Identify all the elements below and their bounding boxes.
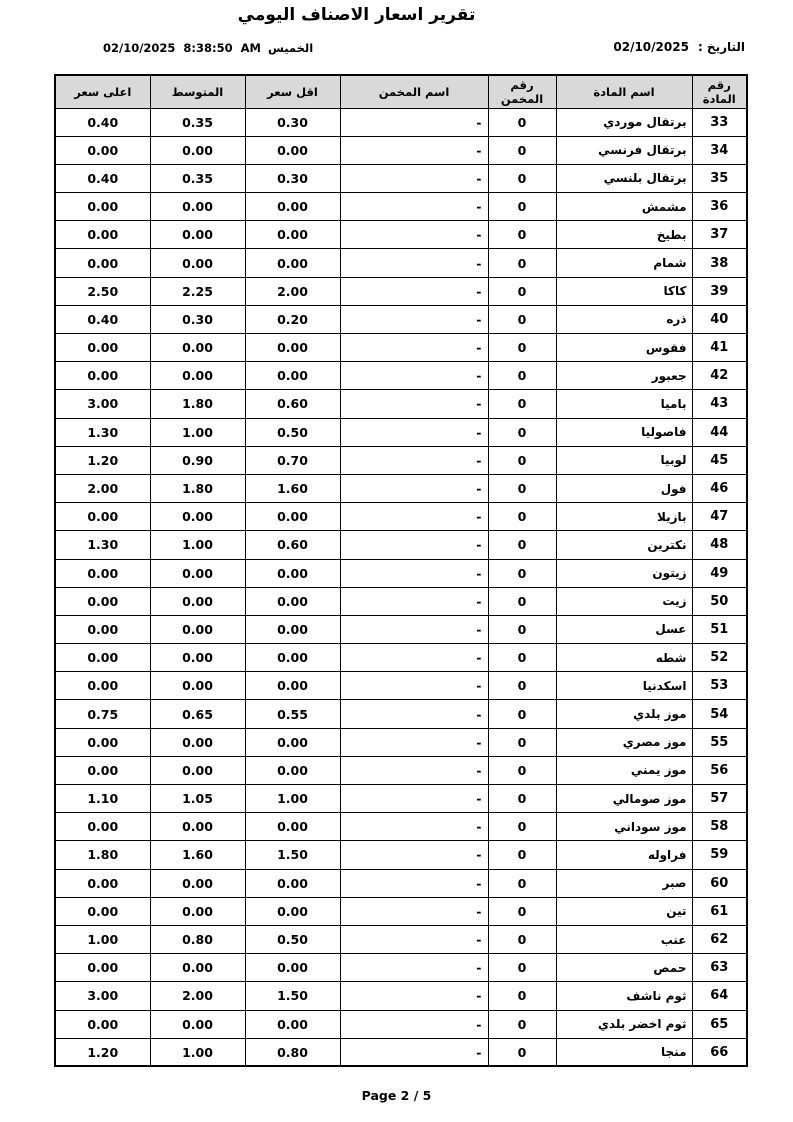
item-name-cell: ثوم ناشف bbox=[556, 982, 692, 1010]
page-number: Page 2 / 5 bbox=[0, 1088, 793, 1103]
min-price-cell: 0.00 bbox=[245, 249, 340, 277]
item-no-cell: 51 bbox=[692, 615, 747, 643]
avg-price-cell: 0.00 bbox=[150, 136, 245, 164]
item-no-cell: 64 bbox=[692, 982, 747, 1010]
max-price-cell: 0.00 bbox=[55, 193, 150, 221]
table-row: 37بطيخ0-0.000.000.00 bbox=[55, 221, 747, 249]
assessor-no-cell: 0 bbox=[488, 474, 556, 502]
min-price-cell: 2.00 bbox=[245, 277, 340, 305]
max-price-cell: 0.40 bbox=[55, 305, 150, 333]
min-price-cell: 0.00 bbox=[245, 1010, 340, 1038]
max-price-cell: 1.20 bbox=[55, 1038, 150, 1066]
max-price-cell: 2.50 bbox=[55, 277, 150, 305]
assessor-no-cell: 0 bbox=[488, 108, 556, 136]
report-date-value: 02/10/2025 bbox=[613, 40, 689, 54]
max-price-cell: 0.40 bbox=[55, 164, 150, 192]
item-name-cell: ذره bbox=[556, 305, 692, 333]
max-price-cell: 3.00 bbox=[55, 390, 150, 418]
table-row: 34برتقال فرنسي0-0.000.000.00 bbox=[55, 136, 747, 164]
item-no-cell: 34 bbox=[692, 136, 747, 164]
assessor-name-cell: - bbox=[340, 869, 488, 897]
min-price-cell: 0.50 bbox=[245, 418, 340, 446]
item-no-cell: 35 bbox=[692, 164, 747, 192]
assessor-no-cell: 0 bbox=[488, 785, 556, 813]
max-price-cell: 0.00 bbox=[55, 1010, 150, 1038]
table-row: 45لوبيا0-0.700.901.20 bbox=[55, 446, 747, 474]
min-price-cell: 0.00 bbox=[245, 503, 340, 531]
table-row: 61تين0-0.000.000.00 bbox=[55, 897, 747, 925]
assessor-no-cell: 0 bbox=[488, 756, 556, 784]
min-price-cell: 0.30 bbox=[245, 164, 340, 192]
header-assessor-no: رقم المخمن bbox=[488, 75, 556, 108]
table-row: 63حمص0-0.000.000.00 bbox=[55, 954, 747, 982]
avg-price-cell: 1.60 bbox=[150, 841, 245, 869]
item-no-cell: 50 bbox=[692, 587, 747, 615]
header-item-name: اسم المادة bbox=[556, 75, 692, 108]
max-price-cell: 1.30 bbox=[55, 418, 150, 446]
max-price-cell: 1.00 bbox=[55, 925, 150, 953]
avg-price-cell: 0.00 bbox=[150, 728, 245, 756]
table-header-row: رقم المادة اسم المادة رقم المخمن اسم الم… bbox=[55, 75, 747, 108]
item-name-cell: شمام bbox=[556, 249, 692, 277]
assessor-no-cell: 0 bbox=[488, 362, 556, 390]
price-table-body: 33برتقال موردي0-0.300.350.4034برتقال فرن… bbox=[55, 108, 747, 1066]
item-no-cell: 66 bbox=[692, 1038, 747, 1066]
item-name-cell: جعبور bbox=[556, 362, 692, 390]
item-no-cell: 43 bbox=[692, 390, 747, 418]
item-name-cell: زيتون bbox=[556, 559, 692, 587]
item-no-cell: 47 bbox=[692, 503, 747, 531]
item-name-cell: برتقال موردي bbox=[556, 108, 692, 136]
item-no-cell: 41 bbox=[692, 334, 747, 362]
max-price-cell: 0.00 bbox=[55, 221, 150, 249]
max-price-cell: 1.80 bbox=[55, 841, 150, 869]
assessor-no-cell: 0 bbox=[488, 334, 556, 362]
avg-price-cell: 0.35 bbox=[150, 164, 245, 192]
assessor-name-cell: - bbox=[340, 221, 488, 249]
item-name-cell: موز يمني bbox=[556, 756, 692, 784]
table-row: 65ثوم اخضر بلدي0-0.000.000.00 bbox=[55, 1010, 747, 1038]
item-name-cell: فول bbox=[556, 474, 692, 502]
avg-price-cell: 0.80 bbox=[150, 925, 245, 953]
report-date-label: التاريخ : bbox=[698, 40, 745, 54]
avg-price-cell: 0.00 bbox=[150, 672, 245, 700]
assessor-no-cell: 0 bbox=[488, 418, 556, 446]
item-name-cell: صبر bbox=[556, 869, 692, 897]
assessor-no-cell: 0 bbox=[488, 446, 556, 474]
avg-price-cell: 0.00 bbox=[150, 644, 245, 672]
avg-price-cell: 0.00 bbox=[150, 756, 245, 784]
avg-price-cell: 0.00 bbox=[150, 897, 245, 925]
assessor-no-cell: 0 bbox=[488, 1038, 556, 1066]
assessor-name-cell: - bbox=[340, 925, 488, 953]
header-max-price: اعلى سعر bbox=[55, 75, 150, 108]
avg-price-cell: 1.05 bbox=[150, 785, 245, 813]
assessor-name-cell: - bbox=[340, 587, 488, 615]
assessor-name-cell: - bbox=[340, 136, 488, 164]
min-price-cell: 0.80 bbox=[245, 1038, 340, 1066]
item-no-cell: 54 bbox=[692, 700, 747, 728]
item-no-cell: 61 bbox=[692, 897, 747, 925]
avg-price-cell: 0.00 bbox=[150, 559, 245, 587]
min-price-cell: 0.55 bbox=[245, 700, 340, 728]
assessor-no-cell: 0 bbox=[488, 925, 556, 953]
assessor-no-cell: 0 bbox=[488, 869, 556, 897]
min-price-cell: 0.00 bbox=[245, 559, 340, 587]
item-name-cell: كاكا bbox=[556, 277, 692, 305]
table-row: 39كاكا0-2.002.252.50 bbox=[55, 277, 747, 305]
report-date: التاريخ : 02/10/2025 bbox=[613, 40, 745, 54]
assessor-name-cell: - bbox=[340, 700, 488, 728]
avg-price-cell: 2.00 bbox=[150, 982, 245, 1010]
min-price-cell: 0.00 bbox=[245, 136, 340, 164]
item-no-cell: 59 bbox=[692, 841, 747, 869]
min-price-cell: 0.50 bbox=[245, 925, 340, 953]
min-price-cell: 0.00 bbox=[245, 193, 340, 221]
min-price-cell: 0.00 bbox=[245, 869, 340, 897]
table-row: 40ذره0-0.200.300.40 bbox=[55, 305, 747, 333]
assessor-name-cell: - bbox=[340, 672, 488, 700]
assessor-name-cell: - bbox=[340, 982, 488, 1010]
item-no-cell: 49 bbox=[692, 559, 747, 587]
item-no-cell: 55 bbox=[692, 728, 747, 756]
item-name-cell: موز مصري bbox=[556, 728, 692, 756]
min-price-cell: 1.60 bbox=[245, 474, 340, 502]
item-name-cell: حمص bbox=[556, 954, 692, 982]
assessor-no-cell: 0 bbox=[488, 897, 556, 925]
item-name-cell: موز صومالي bbox=[556, 785, 692, 813]
assessor-no-cell: 0 bbox=[488, 390, 556, 418]
min-price-cell: 1.00 bbox=[245, 785, 340, 813]
avg-price-cell: 0.30 bbox=[150, 305, 245, 333]
max-price-cell: 0.00 bbox=[55, 672, 150, 700]
table-row: 59فراوله0-1.501.601.80 bbox=[55, 841, 747, 869]
avg-price-cell: 0.00 bbox=[150, 249, 245, 277]
avg-price-cell: 0.00 bbox=[150, 503, 245, 531]
print-datetime-value: 02/10/2025 8:38:50 AM bbox=[103, 41, 261, 55]
table-row: 55موز مصري0-0.000.000.00 bbox=[55, 728, 747, 756]
min-price-cell: 0.00 bbox=[245, 362, 340, 390]
assessor-no-cell: 0 bbox=[488, 587, 556, 615]
table-row: 42جعبور0-0.000.000.00 bbox=[55, 362, 747, 390]
header-item-no: رقم المادة bbox=[692, 75, 747, 108]
item-name-cell: تين bbox=[556, 897, 692, 925]
assessor-no-cell: 0 bbox=[488, 531, 556, 559]
assessor-name-cell: - bbox=[340, 164, 488, 192]
item-no-cell: 57 bbox=[692, 785, 747, 813]
table-row: 35برتقال بلنسي0-0.300.350.40 bbox=[55, 164, 747, 192]
table-row: 43باميا0-0.601.803.00 bbox=[55, 390, 747, 418]
table-row: 52شطه0-0.000.000.00 bbox=[55, 644, 747, 672]
avg-price-cell: 0.00 bbox=[150, 221, 245, 249]
assessor-no-cell: 0 bbox=[488, 277, 556, 305]
assessor-name-cell: - bbox=[340, 615, 488, 643]
assessor-no-cell: 0 bbox=[488, 193, 556, 221]
item-no-cell: 45 bbox=[692, 446, 747, 474]
assessor-name-cell: - bbox=[340, 277, 488, 305]
max-price-cell: 0.00 bbox=[55, 587, 150, 615]
min-price-cell: 0.00 bbox=[245, 587, 340, 615]
assessor-no-cell: 0 bbox=[488, 221, 556, 249]
max-price-cell: 0.75 bbox=[55, 700, 150, 728]
assessor-name-cell: - bbox=[340, 728, 488, 756]
max-price-cell: 0.40 bbox=[55, 108, 150, 136]
header-avg-price: المتوسط bbox=[150, 75, 245, 108]
assessor-name-cell: - bbox=[340, 1038, 488, 1066]
max-price-cell: 0.00 bbox=[55, 615, 150, 643]
table-row: 57موز صومالي0-1.001.051.10 bbox=[55, 785, 747, 813]
avg-price-cell: 0.35 bbox=[150, 108, 245, 136]
assessor-name-cell: - bbox=[340, 954, 488, 982]
max-price-cell: 0.00 bbox=[55, 756, 150, 784]
avg-price-cell: 1.00 bbox=[150, 418, 245, 446]
item-name-cell: فقوس bbox=[556, 334, 692, 362]
item-no-cell: 44 bbox=[692, 418, 747, 446]
max-price-cell: 0.00 bbox=[55, 503, 150, 531]
table-row: 56موز يمني0-0.000.000.00 bbox=[55, 756, 747, 784]
avg-price-cell: 1.00 bbox=[150, 531, 245, 559]
item-no-cell: 42 bbox=[692, 362, 747, 390]
item-name-cell: عسل bbox=[556, 615, 692, 643]
item-no-cell: 58 bbox=[692, 813, 747, 841]
item-name-cell: مشمش bbox=[556, 193, 692, 221]
daily-prices-table: رقم المادة اسم المادة رقم المخمن اسم الم… bbox=[54, 74, 748, 1067]
table-row: 33برتقال موردي0-0.300.350.40 bbox=[55, 108, 747, 136]
item-name-cell: لوبيا bbox=[556, 446, 692, 474]
item-name-cell: فراوله bbox=[556, 841, 692, 869]
assessor-name-cell: - bbox=[340, 897, 488, 925]
item-no-cell: 62 bbox=[692, 925, 747, 953]
min-price-cell: 0.70 bbox=[245, 446, 340, 474]
item-name-cell: بازيلا bbox=[556, 503, 692, 531]
assessor-name-cell: - bbox=[340, 531, 488, 559]
item-name-cell: زيت bbox=[556, 587, 692, 615]
page-title: تقرير اسعار الاصناف اليومي bbox=[0, 5, 713, 25]
assessor-no-cell: 0 bbox=[488, 841, 556, 869]
print-datetime: 02/10/2025 8:38:50 AM الخميس bbox=[103, 41, 313, 55]
assessor-name-cell: - bbox=[340, 334, 488, 362]
assessor-name-cell: - bbox=[340, 1010, 488, 1038]
min-price-cell: 0.00 bbox=[245, 672, 340, 700]
assessor-name-cell: - bbox=[340, 785, 488, 813]
item-no-cell: 56 bbox=[692, 756, 747, 784]
max-price-cell: 0.00 bbox=[55, 334, 150, 362]
max-price-cell: 2.00 bbox=[55, 474, 150, 502]
min-price-cell: 0.00 bbox=[245, 221, 340, 249]
max-price-cell: 0.00 bbox=[55, 897, 150, 925]
assessor-name-cell: - bbox=[340, 474, 488, 502]
max-price-cell: 1.10 bbox=[55, 785, 150, 813]
assessor-name-cell: - bbox=[340, 305, 488, 333]
item-no-cell: 48 bbox=[692, 531, 747, 559]
assessor-no-cell: 0 bbox=[488, 164, 556, 192]
min-price-cell: 0.60 bbox=[245, 531, 340, 559]
assessor-no-cell: 0 bbox=[488, 305, 556, 333]
max-price-cell: 0.00 bbox=[55, 869, 150, 897]
assessor-no-cell: 0 bbox=[488, 982, 556, 1010]
table-row: 66منجا0-0.801.001.20 bbox=[55, 1038, 747, 1066]
avg-price-cell: 0.00 bbox=[150, 954, 245, 982]
max-price-cell: 3.00 bbox=[55, 982, 150, 1010]
assessor-name-cell: - bbox=[340, 390, 488, 418]
table-row: 54موز بلدي0-0.550.650.75 bbox=[55, 700, 747, 728]
print-day: الخميس bbox=[268, 41, 313, 55]
table-row: 53اسكدنيا0-0.000.000.00 bbox=[55, 672, 747, 700]
min-price-cell: 0.60 bbox=[245, 390, 340, 418]
max-price-cell: 0.00 bbox=[55, 559, 150, 587]
min-price-cell: 0.00 bbox=[245, 728, 340, 756]
max-price-cell: 1.30 bbox=[55, 531, 150, 559]
item-name-cell: منجا bbox=[556, 1038, 692, 1066]
item-name-cell: بطيخ bbox=[556, 221, 692, 249]
assessor-name-cell: - bbox=[340, 108, 488, 136]
assessor-no-cell: 0 bbox=[488, 672, 556, 700]
max-price-cell: 0.00 bbox=[55, 644, 150, 672]
max-price-cell: 0.00 bbox=[55, 813, 150, 841]
avg-price-cell: 0.00 bbox=[150, 362, 245, 390]
item-no-cell: 46 bbox=[692, 474, 747, 502]
avg-price-cell: 0.00 bbox=[150, 813, 245, 841]
table-row: 46فول0-1.601.802.00 bbox=[55, 474, 747, 502]
min-price-cell: 1.50 bbox=[245, 841, 340, 869]
assessor-name-cell: - bbox=[340, 362, 488, 390]
table-row: 51عسل0-0.000.000.00 bbox=[55, 615, 747, 643]
assessor-no-cell: 0 bbox=[488, 559, 556, 587]
max-price-cell: 0.00 bbox=[55, 362, 150, 390]
item-name-cell: ثوم اخضر بلدي bbox=[556, 1010, 692, 1038]
min-price-cell: 0.00 bbox=[245, 813, 340, 841]
assessor-no-cell: 0 bbox=[488, 249, 556, 277]
item-no-cell: 36 bbox=[692, 193, 747, 221]
min-price-cell: 0.30 bbox=[245, 108, 340, 136]
assessor-name-cell: - bbox=[340, 756, 488, 784]
table-row: 47بازيلا0-0.000.000.00 bbox=[55, 503, 747, 531]
item-name-cell: باميا bbox=[556, 390, 692, 418]
assessor-name-cell: - bbox=[340, 418, 488, 446]
avg-price-cell: 2.25 bbox=[150, 277, 245, 305]
avg-price-cell: 1.80 bbox=[150, 390, 245, 418]
table-row: 38شمام0-0.000.000.00 bbox=[55, 249, 747, 277]
avg-price-cell: 0.00 bbox=[150, 1010, 245, 1038]
table-row: 60صبر0-0.000.000.00 bbox=[55, 869, 747, 897]
table-row: 49زيتون0-0.000.000.00 bbox=[55, 559, 747, 587]
avg-price-cell: 0.90 bbox=[150, 446, 245, 474]
assessor-no-cell: 0 bbox=[488, 644, 556, 672]
item-no-cell: 38 bbox=[692, 249, 747, 277]
item-no-cell: 63 bbox=[692, 954, 747, 982]
min-price-cell: 1.50 bbox=[245, 982, 340, 1010]
assessor-name-cell: - bbox=[340, 446, 488, 474]
min-price-cell: 0.20 bbox=[245, 305, 340, 333]
assessor-name-cell: - bbox=[340, 559, 488, 587]
item-name-cell: شطه bbox=[556, 644, 692, 672]
avg-price-cell: 0.00 bbox=[150, 615, 245, 643]
item-no-cell: 53 bbox=[692, 672, 747, 700]
avg-price-cell: 1.80 bbox=[150, 474, 245, 502]
item-name-cell: نكترين bbox=[556, 531, 692, 559]
item-no-cell: 65 bbox=[692, 1010, 747, 1038]
item-name-cell: اسكدنيا bbox=[556, 672, 692, 700]
table-row: 64ثوم ناشف0-1.502.003.00 bbox=[55, 982, 747, 1010]
avg-price-cell: 1.00 bbox=[150, 1038, 245, 1066]
assessor-name-cell: - bbox=[340, 841, 488, 869]
min-price-cell: 0.00 bbox=[245, 615, 340, 643]
avg-price-cell: 0.65 bbox=[150, 700, 245, 728]
table-row: 62عنب0-0.500.801.00 bbox=[55, 925, 747, 953]
min-price-cell: 0.00 bbox=[245, 334, 340, 362]
table-row: 50زيت0-0.000.000.00 bbox=[55, 587, 747, 615]
assessor-no-cell: 0 bbox=[488, 1010, 556, 1038]
min-price-cell: 0.00 bbox=[245, 897, 340, 925]
min-price-cell: 0.00 bbox=[245, 954, 340, 982]
item-no-cell: 33 bbox=[692, 108, 747, 136]
max-price-cell: 0.00 bbox=[55, 728, 150, 756]
assessor-no-cell: 0 bbox=[488, 503, 556, 531]
header-assessor-name: اسم المخمن bbox=[340, 75, 488, 108]
header-min-price: اقل سعر bbox=[245, 75, 340, 108]
assessor-no-cell: 0 bbox=[488, 615, 556, 643]
assessor-name-cell: - bbox=[340, 193, 488, 221]
item-no-cell: 39 bbox=[692, 277, 747, 305]
avg-price-cell: 0.00 bbox=[150, 334, 245, 362]
assessor-no-cell: 0 bbox=[488, 700, 556, 728]
assessor-name-cell: - bbox=[340, 249, 488, 277]
avg-price-cell: 0.00 bbox=[150, 193, 245, 221]
max-price-cell: 1.20 bbox=[55, 446, 150, 474]
item-name-cell: موز بلدي bbox=[556, 700, 692, 728]
assessor-name-cell: - bbox=[340, 503, 488, 531]
assessor-no-cell: 0 bbox=[488, 813, 556, 841]
min-price-cell: 0.00 bbox=[245, 756, 340, 784]
assessor-name-cell: - bbox=[340, 813, 488, 841]
item-no-cell: 37 bbox=[692, 221, 747, 249]
avg-price-cell: 0.00 bbox=[150, 587, 245, 615]
assessor-no-cell: 0 bbox=[488, 136, 556, 164]
table-row: 48نكترين0-0.601.001.30 bbox=[55, 531, 747, 559]
table-row: 41فقوس0-0.000.000.00 bbox=[55, 334, 747, 362]
table-row: 44فاصوليا0-0.501.001.30 bbox=[55, 418, 747, 446]
item-name-cell: عنب bbox=[556, 925, 692, 953]
avg-price-cell: 0.00 bbox=[150, 869, 245, 897]
item-name-cell: موز سوداني bbox=[556, 813, 692, 841]
item-no-cell: 40 bbox=[692, 305, 747, 333]
max-price-cell: 0.00 bbox=[55, 136, 150, 164]
assessor-no-cell: 0 bbox=[488, 728, 556, 756]
table-row: 36مشمش0-0.000.000.00 bbox=[55, 193, 747, 221]
item-name-cell: فاصوليا bbox=[556, 418, 692, 446]
item-no-cell: 52 bbox=[692, 644, 747, 672]
item-no-cell: 60 bbox=[692, 869, 747, 897]
item-name-cell: برتقال فرنسي bbox=[556, 136, 692, 164]
table-row: 58موز سوداني0-0.000.000.00 bbox=[55, 813, 747, 841]
max-price-cell: 0.00 bbox=[55, 954, 150, 982]
min-price-cell: 0.00 bbox=[245, 644, 340, 672]
item-name-cell: برتقال بلنسي bbox=[556, 164, 692, 192]
max-price-cell: 0.00 bbox=[55, 249, 150, 277]
assessor-name-cell: - bbox=[340, 644, 488, 672]
assessor-no-cell: 0 bbox=[488, 954, 556, 982]
